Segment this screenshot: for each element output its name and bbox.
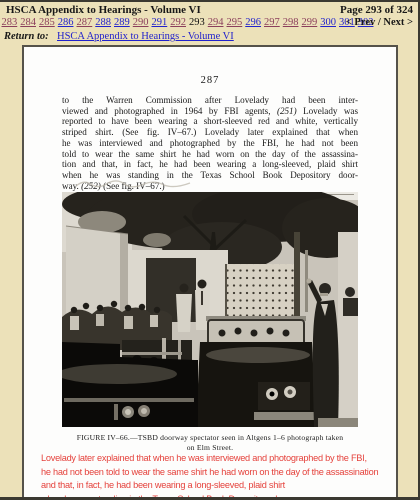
annotation-line: and that, in fact, he had been wearing a… (41, 479, 394, 493)
scan-page-number: 287 (24, 75, 396, 86)
page-link-287[interactable]: 287 (77, 17, 93, 28)
body-line: tion and that, in fact, he had been wear… (62, 159, 358, 170)
body-line: told to wear the same shirt he had worn … (62, 149, 358, 160)
page-number-current: 293 (189, 17, 205, 28)
figure-caption-line1: FIGURE IV–66.—TSBD doorway spectator see… (24, 433, 396, 443)
page-link-284[interactable]: 284 (20, 17, 36, 28)
page-link-292[interactable]: 292 (170, 17, 186, 28)
page-link-295[interactable]: 295 (227, 17, 243, 28)
body-line: reported to have been wearing a short-sl… (62, 116, 358, 127)
page-link-283[interactable]: 283 (2, 17, 18, 28)
page-link-296[interactable]: 296 (245, 17, 261, 28)
page-link-300[interactable]: 300 (320, 17, 336, 28)
body-line: viewed and photographed in 1964 by FBI a… (62, 106, 358, 117)
page-link-291[interactable]: 291 (152, 17, 168, 28)
altgens-photograph (62, 192, 358, 427)
page-navigation: 2832842852862872882892902912922932942952… (0, 17, 418, 30)
page-link-294[interactable]: 294 (208, 17, 224, 28)
annotation-lines: Lovelady later explained that when he wa… (41, 452, 394, 500)
page-link-285[interactable]: 285 (39, 17, 55, 28)
document-viewport: 287 to the Warren Commission after Lovel… (22, 45, 398, 500)
page-link-298[interactable]: 298 (283, 17, 299, 28)
body-line: striped shirt. (See fig. IV–67.) Lovelad… (62, 127, 358, 138)
page-indicator: Page 293 of 324 (340, 4, 413, 16)
return-link[interactable]: HSCA Appendix to Hearings - Volume VI (57, 31, 234, 42)
return-to-label: Return to: (4, 31, 49, 42)
figure-caption-line2: on Elm Street. (24, 443, 396, 453)
header: HSCA Appendix to Hearings - Volume VI Pa… (6, 4, 413, 17)
page-link-289[interactable]: 289 (114, 17, 130, 28)
browser-page: HSCA Appendix to Hearings - Volume VI Pa… (0, 0, 420, 500)
page-link-286[interactable]: 286 (58, 17, 74, 28)
page-link-290[interactable]: 290 (133, 17, 149, 28)
photo-illustration (62, 192, 358, 427)
annotation-line: he had not been told to wear the same sh… (41, 466, 394, 480)
prev-next-label[interactable]: < Prev / Next > (346, 17, 413, 28)
annotation-line: Lovelady later explained that when he wa… (41, 452, 394, 466)
return-row: Return to: HSCA Appendix to Hearings - V… (4, 31, 413, 45)
page-link-288[interactable]: 288 (95, 17, 111, 28)
figure-caption: FIGURE IV–66.—TSBD doorway spectator see… (24, 433, 396, 452)
page-link-297[interactable]: 297 (264, 17, 280, 28)
site-title: HSCA Appendix to Hearings - Volume VI (6, 4, 201, 16)
page-link-299[interactable]: 299 (302, 17, 318, 28)
pencil-scribble (74, 177, 194, 191)
body-line: to the Warren Commission after Lovelady … (62, 95, 358, 106)
page-links: 2832842852862872882892902912922932942952… (0, 17, 340, 28)
body-line: he was interviewed and photographed by t… (62, 138, 358, 149)
